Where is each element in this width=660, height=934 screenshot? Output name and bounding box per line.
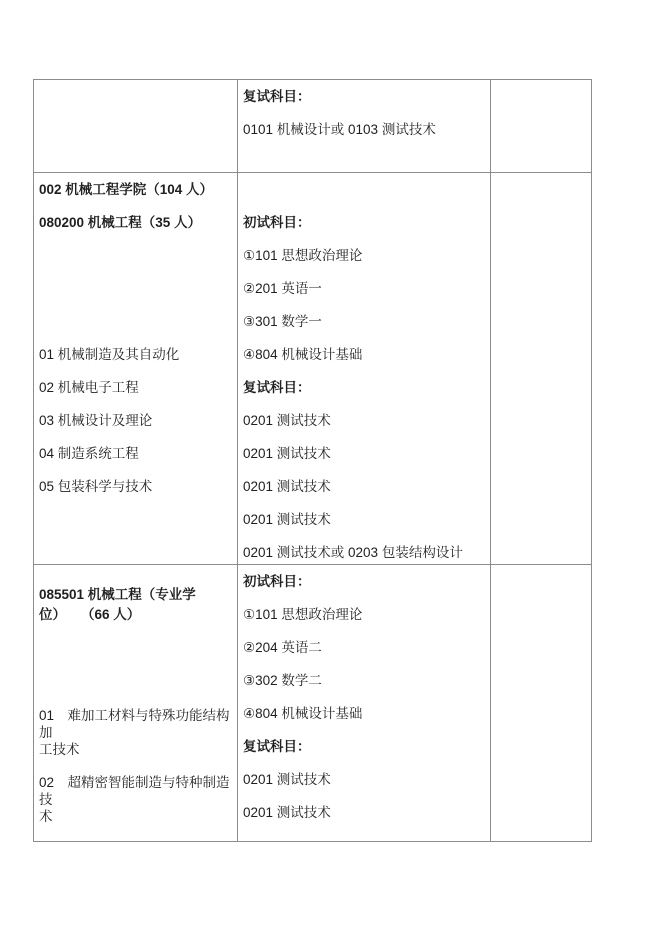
text-line: 初试科目：: [243, 573, 485, 590]
text-line: 0201 测试技术: [243, 804, 485, 821]
blank-line: [39, 641, 232, 658]
text-line: ①101 思想政治理论: [243, 247, 485, 264]
text-line: 002 机械工程学院（104 人）: [39, 181, 232, 198]
text-line: 080200 机械工程（35 人）: [39, 214, 232, 231]
subjects-cell: 初试科目：①101 思想政治理论②204 英语二③302 数学二④804 机械设…: [238, 565, 491, 841]
text-line: 复试科目：: [243, 379, 485, 396]
blank-line: [39, 313, 232, 330]
text-line: 085501 机械工程（专业学 位） （66 人）: [39, 585, 232, 625]
text-line: 0201 测试技术或 0203 包装结构设计: [243, 544, 485, 561]
blank-line: [39, 674, 232, 691]
admission-subjects-table: 复试科目：0101 机械设计或 0103 测试技术 002 机械工程学院（104…: [33, 79, 592, 842]
subjects-cell: 复试科目：0101 机械设计或 0103 测试技术: [238, 80, 491, 172]
text-line: 02 超精密智能制造与特种制造技 术: [39, 774, 232, 825]
program-cell: [34, 80, 238, 172]
text-line: 0201 测试技术: [243, 445, 485, 462]
text-line: 0201 测试技术: [243, 511, 485, 528]
text-line: 03 机械设计及理论: [39, 412, 232, 429]
text-line: ①101 思想政治理论: [243, 606, 485, 623]
blank-line: [39, 280, 232, 297]
table-row: 复试科目：0101 机械设计或 0103 测试技术: [34, 80, 591, 173]
table-row: 085501 机械工程（专业学 位） （66 人）01 难加工材料与特殊功能结构…: [34, 565, 591, 841]
text-line: 复试科目：: [243, 738, 485, 755]
notes-cell: [491, 80, 591, 172]
text-line: 初试科目：: [243, 214, 485, 231]
text-line: ③302 数学二: [243, 672, 485, 689]
program-cell: 002 机械工程学院（104 人）080200 机械工程（35 人）01 机械制…: [34, 173, 238, 564]
program-cell: 085501 机械工程（专业学 位） （66 人）01 难加工材料与特殊功能结构…: [34, 565, 238, 841]
text-line: 02 机械电子工程: [39, 379, 232, 396]
text-line: ②201 英语一: [243, 280, 485, 297]
text-line: 01 机械制造及其自动化: [39, 346, 232, 363]
text-line: 0101 机械设计或 0103 测试技术: [243, 121, 485, 138]
text-line: 复试科目：: [243, 88, 485, 105]
text-line: 04 制造系统工程: [39, 445, 232, 462]
text-line: ④804 机械设计基础: [243, 705, 485, 722]
text-line: 0201 测试技术: [243, 771, 485, 788]
blank-line: [243, 181, 485, 198]
text-line: ④804 机械设计基础: [243, 346, 485, 363]
subjects-cell: 初试科目：①101 思想政治理论②201 英语一③301 数学一④804 机械设…: [238, 173, 491, 564]
text-line: ②204 英语二: [243, 639, 485, 656]
notes-cell: [491, 565, 591, 841]
text-line: 01 难加工材料与特殊功能结构加 工技术: [39, 707, 232, 758]
text-line: 0201 测试技术: [243, 412, 485, 429]
text-line: 05 包装科学与技术: [39, 478, 232, 495]
text-line: ③301 数学一: [243, 313, 485, 330]
blank-line: [39, 247, 232, 264]
table-row: 002 机械工程学院（104 人）080200 机械工程（35 人）01 机械制…: [34, 173, 591, 565]
notes-cell: [491, 173, 591, 564]
text-line: 0201 测试技术: [243, 478, 485, 495]
document-page: 复试科目：0101 机械设计或 0103 测试技术 002 机械工程学院（104…: [0, 0, 660, 934]
